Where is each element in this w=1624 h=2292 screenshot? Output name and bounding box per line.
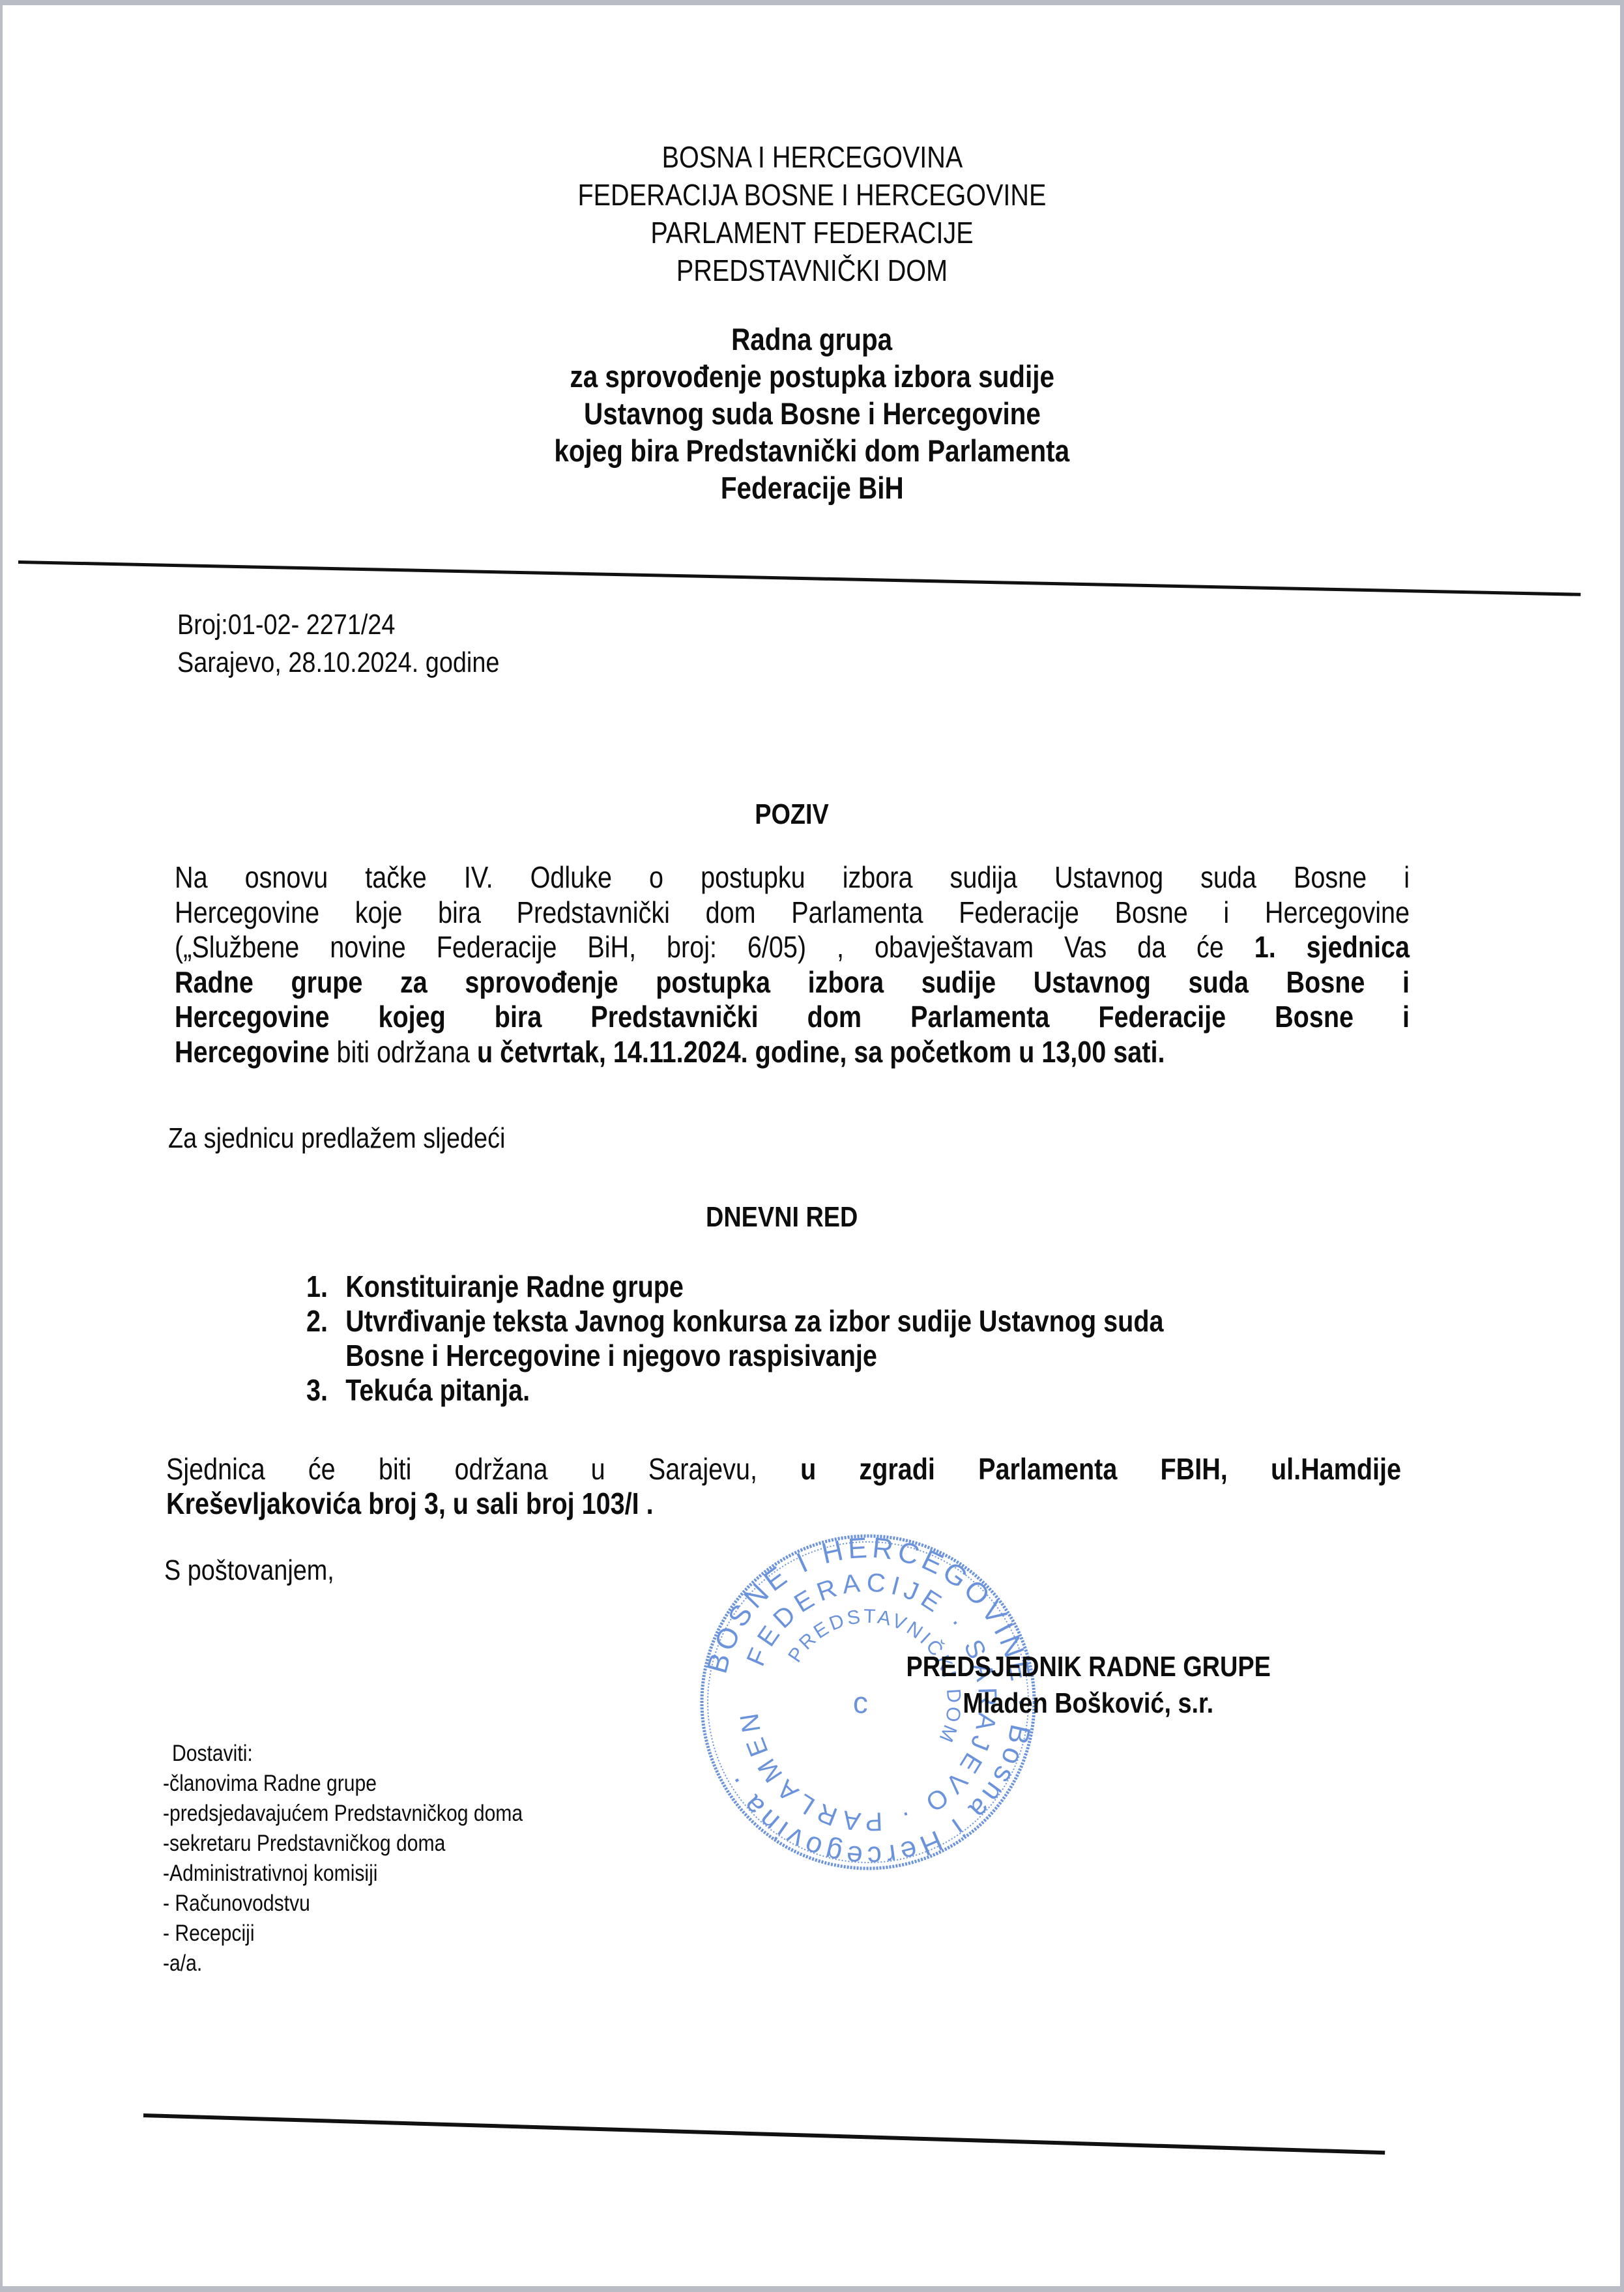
organization-header: BOSNA I HERCEGOVINA FEDERACIJA BOSNE I H… bbox=[0, 138, 1624, 289]
signer-name: Mladen Bošković, s.r. bbox=[963, 1685, 1214, 1722]
venue-line: Sjednica će biti održana u Sarajevu, u z… bbox=[166, 1452, 1401, 1487]
paragraph-line: Hercegovine biti održana u četvrtak, 14.… bbox=[175, 1035, 1410, 1070]
place-date: Sarajevo, 28.10.2024. godine bbox=[177, 644, 499, 682]
recipient: -članovima Radne grupe bbox=[163, 1769, 377, 1799]
body-text: („Službene novine Federacije BiH, broj: … bbox=[175, 930, 1254, 964]
venue-line: Kreševljakovića broj 3, u sali broj 103/… bbox=[166, 1487, 1401, 1521]
org-line: BOSNA I HERCEGOVINA bbox=[0, 138, 1624, 176]
paragraph-line: Hercegovine kojeg bira Predstavnički dom… bbox=[175, 1000, 1410, 1035]
invitation-paragraph: Na osnovu tačke IV. Odluke o postupku iz… bbox=[175, 860, 1410, 1069]
emphasized-text: u zgradi Parlamenta FBIH, ul.Hamdije bbox=[800, 1452, 1401, 1486]
group-line: Federacije BiH bbox=[0, 469, 1624, 506]
agenda-item-number: 3. bbox=[306, 1373, 345, 1408]
body-text: Sjednica će biti održana u Sarajevu, bbox=[166, 1452, 800, 1486]
agenda-item: 1.Konstituiranje Radne grupe bbox=[306, 1269, 1164, 1304]
org-line: PREDSTAVNIČKI DOM bbox=[0, 252, 1624, 289]
distribution-label: Dostaviti: bbox=[172, 1739, 253, 1769]
emphasized-text: Radne grupe za sprovođenje postupka izbo… bbox=[175, 965, 1410, 999]
document-meta: Broj:01-02- 2271/24 Sarajevo, 28.10.2024… bbox=[177, 606, 552, 682]
body-text: Na osnovu tačke IV. Odluke o postupku iz… bbox=[175, 860, 1410, 894]
org-line: FEDERACIJA BOSNE I HERCEGOVINE bbox=[0, 176, 1624, 214]
agenda-item-number: 1. bbox=[306, 1269, 345, 1304]
group-line: za sprovođenje postupka izbora sudije bbox=[0, 358, 1624, 395]
reference-number: Broj:01-02- 2271/24 bbox=[177, 606, 395, 644]
paragraph-line: Radne grupe za sprovođenje postupka izbo… bbox=[175, 965, 1410, 1000]
paragraph-line: Hercegovine koje bira Predstavnički dom … bbox=[175, 895, 1410, 931]
recipient: -a/a. bbox=[163, 1949, 202, 1979]
paragraph-line: („Službene novine Federacije BiH, broj: … bbox=[175, 930, 1410, 965]
working-group-header: Radna grupa za sprovođenje postupka izbo… bbox=[0, 321, 1624, 506]
greeting: S poštovanjem, bbox=[164, 1554, 362, 1587]
emphasized-text: Kreševljakovića broj 3, u sali broj 103/… bbox=[166, 1487, 654, 1520]
body-text: biti održana bbox=[336, 1035, 477, 1069]
agenda-item-text: Tekuća pitanja. bbox=[345, 1373, 530, 1408]
document-title: POZIV bbox=[0, 798, 1584, 831]
recipient: -sekretaru Predstavničkog doma bbox=[163, 1829, 445, 1859]
venue-paragraph: Sjednica će biti održana u Sarajevu, u z… bbox=[166, 1452, 1401, 1521]
agenda-item: 2.Utvrđivanje teksta Javnog konkursa za … bbox=[306, 1304, 1164, 1373]
org-line: PARLAMENT FEDERACIJE bbox=[0, 214, 1624, 252]
recipient: - Recepciji bbox=[163, 1919, 255, 1949]
agenda-title: DNEVNI RED bbox=[0, 1201, 1564, 1234]
agenda-list: 1.Konstituiranje Radne grupe2.Utvrđivanj… bbox=[306, 1269, 1164, 1408]
emphasized-text: u četvrtak, 14.11.2024. godine, sa počet… bbox=[477, 1035, 1165, 1069]
body-text: Hercegovine koje bira Predstavnički dom … bbox=[175, 895, 1410, 929]
group-line: kojeg bira Predstavnički dom Parlamenta bbox=[0, 432, 1624, 469]
recipient: - Računovodstvu bbox=[163, 1889, 310, 1919]
emphasized-text: Hercegovine kojeg bira Predstavnički dom… bbox=[175, 1000, 1410, 1034]
agenda-item: 3.Tekuća pitanja. bbox=[306, 1373, 1164, 1408]
signer-title: PREDSJEDNIK RADNE GRUPE bbox=[906, 1649, 1270, 1685]
group-line: Ustavnog suda Bosne i Hercegovine bbox=[0, 395, 1624, 432]
recipient: -predsjedavajućem Predstavničkog doma bbox=[163, 1799, 523, 1829]
agenda-intro: Za sjednicu predlažem sljedeći bbox=[168, 1122, 560, 1155]
emphasized-text: 1. sjednica bbox=[1254, 930, 1410, 964]
agenda-item-text: Utvrđivanje teksta Javnog konkursa za iz… bbox=[345, 1304, 1163, 1373]
distribution-list: Dostaviti: -članovima Radne grupe-predsj… bbox=[163, 1739, 581, 1979]
signature-block: PREDSJEDNIK RADNE GRUPE Mladen Bošković,… bbox=[841, 1649, 1336, 1722]
agenda-item-text: Konstituiranje Radne grupe bbox=[345, 1269, 684, 1304]
emphasized-text: Hercegovine bbox=[175, 1035, 336, 1069]
group-line: Radna grupa bbox=[0, 321, 1624, 358]
paragraph-line: Na osnovu tačke IV. Odluke o postupku iz… bbox=[175, 860, 1410, 895]
agenda-item-number: 2. bbox=[306, 1304, 345, 1373]
recipient: -Administrativnoj komisiji bbox=[163, 1859, 378, 1889]
